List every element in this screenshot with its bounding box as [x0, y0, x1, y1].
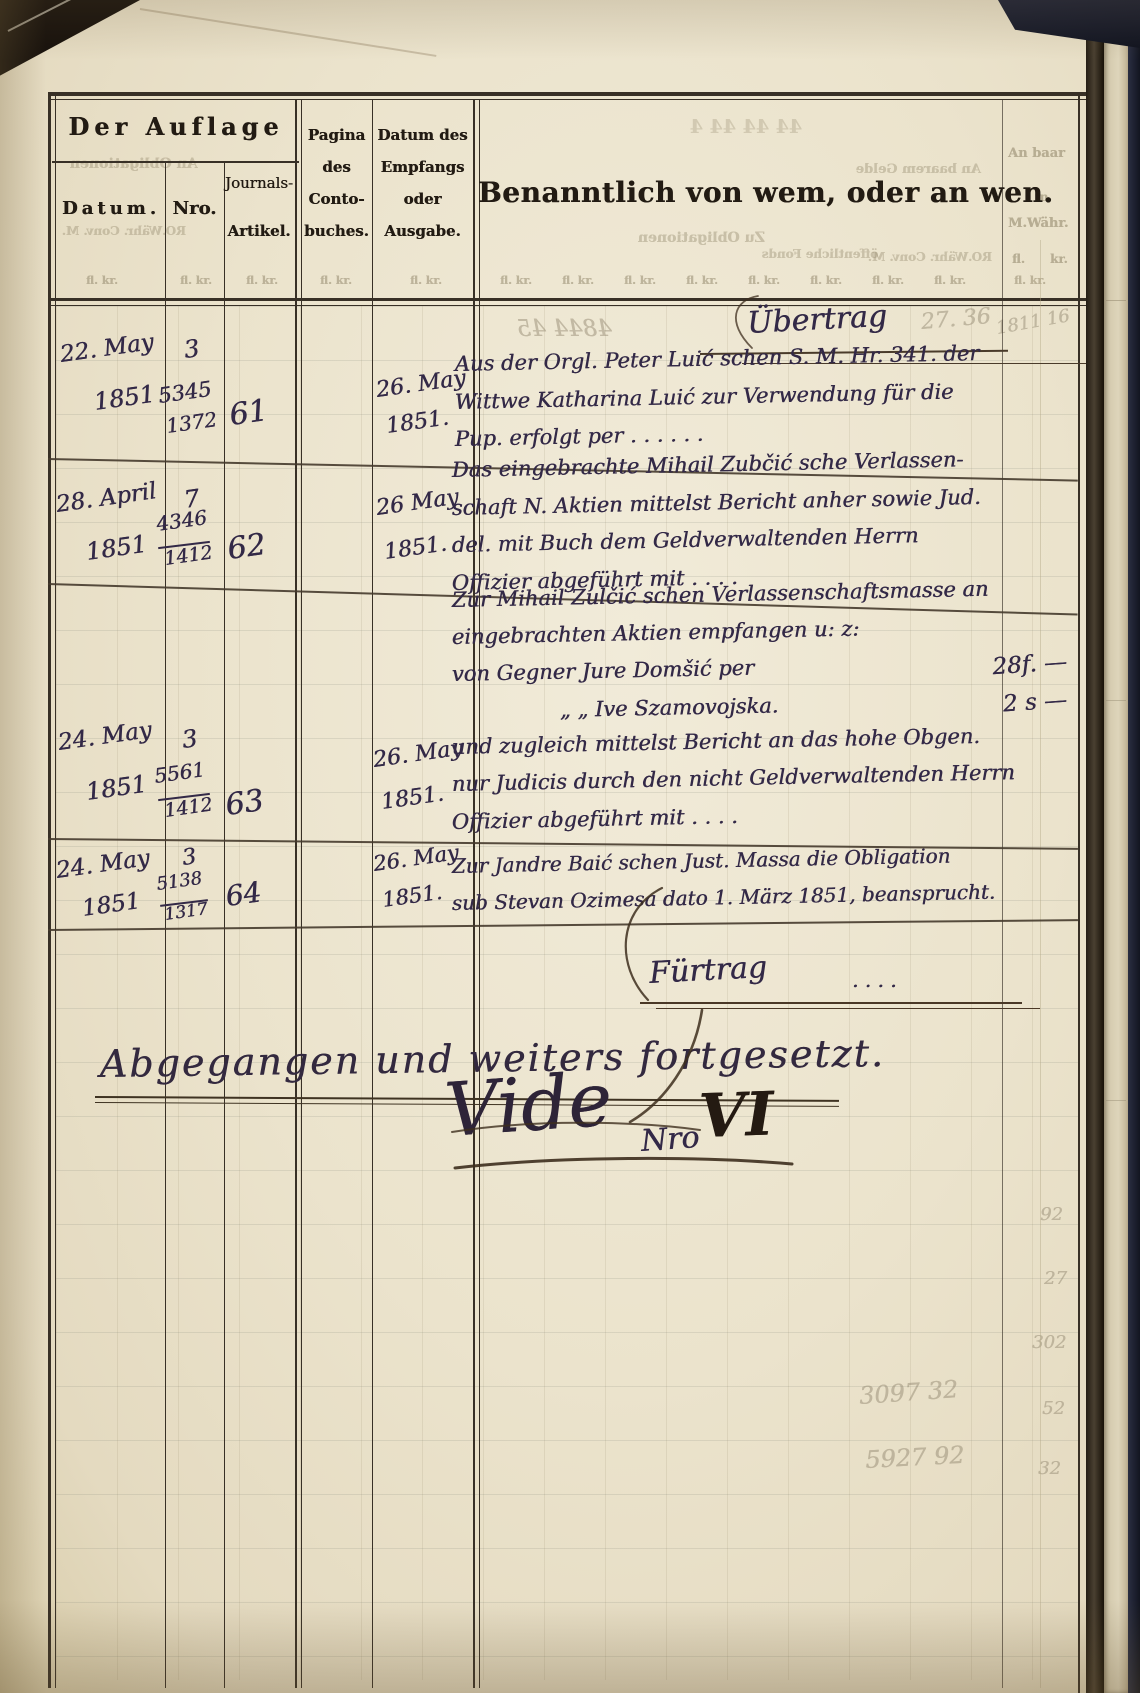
row4-empfang-year: 1851.: [381, 880, 444, 912]
ghost-text: RO.Währ. Conv. M.: [62, 224, 186, 238]
row3-nro: 3: [180, 724, 199, 754]
row3-text-line: von Gegner Jure Domšić per: [451, 656, 754, 686]
ghost-number: 4844 45: [517, 316, 612, 342]
row1-datum-year: 1851: [92, 380, 156, 416]
ghost-text: öffentliche Fonds: [762, 247, 878, 261]
row3-text-line: nur Judicis durch den nicht Geldverwalte…: [451, 760, 1015, 796]
carry-forward-top: Übertrag: [746, 299, 888, 341]
vide-nro: Nro: [640, 1120, 701, 1159]
row3-amount-1: 28f. —: [966, 649, 1068, 682]
row4-datum-year: 1851: [80, 888, 142, 922]
unit-marks: fl. kr.: [748, 274, 780, 287]
sliver-rule: [1106, 300, 1126, 301]
header-col-empfang: Datum des: [372, 126, 473, 144]
unit-marks: fl. kr.: [320, 274, 352, 287]
header-col-empfang-2: Empfangs: [372, 158, 473, 176]
header-group-auflage: Der Auflage: [57, 112, 295, 141]
column-divider-pagina-empfang: [372, 100, 373, 1688]
row3-nro-num: 5561: [153, 757, 207, 788]
carry-forward-bottom: Fürtrag: [648, 950, 768, 991]
table-left-border: [48, 92, 51, 1688]
row2-datum: 28. April: [54, 478, 158, 518]
corner-crease: [8, 0, 178, 32]
row4-datum: 24. May: [54, 845, 151, 884]
header-bottom-border: [48, 298, 1088, 301]
header-col-journals: Journals-: [222, 174, 296, 192]
ghost-number: 92: [1040, 1204, 1063, 1225]
ghost-number: 3097 32: [858, 1375, 959, 1410]
row4-nro: 3: [181, 844, 198, 871]
sliver-rule: [1106, 700, 1126, 701]
row3-datum: 24. May: [56, 717, 153, 756]
row2-nro-num: 4346: [155, 505, 209, 536]
header-col-empfang-4: Ausgabe.: [372, 222, 473, 240]
top-edge-shading: [0, 0, 1140, 60]
header-col-empfang-3: oder: [372, 190, 473, 208]
left-edge-shading: [0, 0, 46, 1693]
ghost-number: 1811 16: [994, 305, 1071, 339]
row4-text-line: sub Stevan Ozimesa dato 1. März 1851, be…: [451, 880, 995, 915]
ghost-text: An baarem Gelde: [856, 162, 981, 177]
unit-marks: fl. kr.: [246, 274, 278, 287]
row4-artikel: 64: [223, 875, 263, 913]
ghost-text: 44 44 44 4: [690, 116, 802, 138]
unit-marks: fl. kr.: [562, 274, 594, 287]
unit-marks: fl. kr.: [872, 274, 904, 287]
unit-marks: fl. kr.: [500, 274, 532, 287]
header-bottom-border-thin: [48, 305, 1088, 306]
fuertrag-dots: . . . .: [852, 968, 897, 992]
amount-subdivider: [1040, 240, 1041, 1688]
row2-empfang: 26 May: [375, 485, 461, 521]
row1-nro-den: 1372: [165, 407, 219, 438]
ghost-number: 32: [1038, 1458, 1061, 1479]
row4-text-line: Zur Jandre Baić schen Just. Massa die Ob…: [451, 844, 950, 878]
header-col-pagina-3: Conto-: [301, 190, 372, 208]
amount-col-header: kr.: [1050, 252, 1068, 266]
row1-empfang-year: 1851.: [385, 405, 451, 439]
bottom-edge-shading: [0, 1600, 1140, 1693]
column-divider-nro-journal: [224, 162, 225, 1688]
table-right-border: [1078, 92, 1080, 1693]
row3-amount-2: 2 s —: [966, 687, 1068, 720]
row3-datum-year: 1851: [84, 770, 148, 806]
page-gutter: [1086, 0, 1104, 1693]
row2-empfang-year: 1851.: [383, 531, 449, 565]
ghost-text: RO.Währ. Conv. M.: [868, 250, 992, 264]
row3-empfang-year: 1851.: [380, 781, 446, 815]
row1-nro: 3: [182, 334, 201, 364]
unit-marks: fl. kr.: [410, 274, 442, 287]
header-col-pagina-2: des: [301, 158, 372, 176]
column-divider-amounts: [1002, 100, 1003, 1688]
row1-datum: 22. May: [58, 329, 155, 368]
ghost-text: Zu Obligationen: [638, 230, 765, 246]
row1-text-line: Pup. erfolgt per . . . . . .: [454, 422, 703, 451]
table-top-border: [48, 92, 1088, 96]
top-crease: [140, 8, 437, 56]
header-col-benannt: Benanntlich von wem, oder an wen.: [478, 176, 1002, 209]
row3-text-line: eingebrachten Aktien empfangen u: z:: [451, 616, 859, 649]
row-separator: [48, 919, 1078, 930]
row1-text-line: Aus der Orgl. Peter Luić schen S. M. Hr.…: [454, 341, 979, 376]
column-divider-journal-pagina: [295, 100, 297, 1688]
unit-marks: fl. kr.: [624, 274, 656, 287]
auflage-divider: [52, 161, 299, 163]
row2-datum-year: 1851: [84, 530, 148, 566]
row3-text-line: und zugleich mittelst Bericht an das hoh…: [451, 724, 980, 759]
table-left-border-thin: [55, 92, 56, 1688]
unit-marks: fl. kr.: [686, 274, 718, 287]
amount-col-header: An baar: [1008, 146, 1065, 161]
ghost-number: 27. 36: [920, 304, 992, 335]
row1-artikel: 61: [227, 393, 270, 433]
row3-empfang: 26. May: [372, 736, 465, 773]
unit-marks: fl. kr.: [810, 274, 842, 287]
table-top-border-thin: [48, 99, 1088, 100]
ghost-text: An Obligationen: [70, 156, 198, 172]
ledger-page: An Obligationen RO.Währ. Conv. M. 44 44 …: [0, 0, 1140, 1693]
ghost-number: 27: [1044, 1268, 1067, 1289]
row4-nro-num: 5138: [155, 868, 203, 895]
ghost-number: 52: [1042, 1398, 1065, 1419]
row3-text-line: „ „ Ive Szamovojska.: [559, 693, 778, 722]
row2-text-line: schaft N. Aktien mittelst Bericht anher …: [451, 485, 980, 520]
unit-marks: fl. kr.: [934, 274, 966, 287]
vide-numeral: VI: [698, 1079, 775, 1152]
row2-artikel: 62: [225, 527, 268, 567]
facing-page-sliver: [1104, 0, 1128, 1693]
book-edge-right: [1128, 0, 1140, 1693]
header-col-datum: Datum.: [57, 198, 165, 219]
row1-text-line: Wittwe Katharina Luić zur Verwendung für…: [454, 380, 953, 414]
header-col-artikel: Artikel.: [222, 222, 296, 240]
header-col-pagina: Pagina: [301, 126, 372, 144]
header-col-pagina-4: buches.: [301, 222, 372, 240]
book-corner-top-left: [0, 0, 140, 90]
unit-marks: fl. kr.: [86, 274, 118, 287]
vide-word: Vide: [442, 1057, 615, 1154]
fuertrag-underline-2: [656, 1008, 1040, 1009]
fuertrag-underline: [640, 1002, 1022, 1004]
sliver-rule: [1106, 1100, 1126, 1101]
row1-empfang: 26. May: [375, 366, 468, 403]
row3-artikel: 63: [223, 783, 266, 823]
row4-empfang: 26. May: [372, 840, 460, 876]
amount-col-header: M.Währ.: [1008, 216, 1068, 231]
amount-col-header: fl.: [1012, 252, 1025, 266]
column-divider-journal-pagina-2: [301, 100, 302, 1688]
ghost-number: 5927 92: [865, 1441, 966, 1474]
unit-marks: fl. kr.: [180, 274, 212, 287]
unit-marks: fl. kr.: [1014, 274, 1046, 287]
row2-text-line: del. mit Buch dem Geldverwaltenden Herrn: [451, 523, 918, 557]
binding-band-top-right: [998, 0, 1140, 48]
ghost-number: 302: [1032, 1332, 1066, 1353]
row3-text-line: Offizier abgeführt mit . . . .: [451, 804, 737, 834]
header-col-nro: Nro.: [165, 198, 224, 219]
